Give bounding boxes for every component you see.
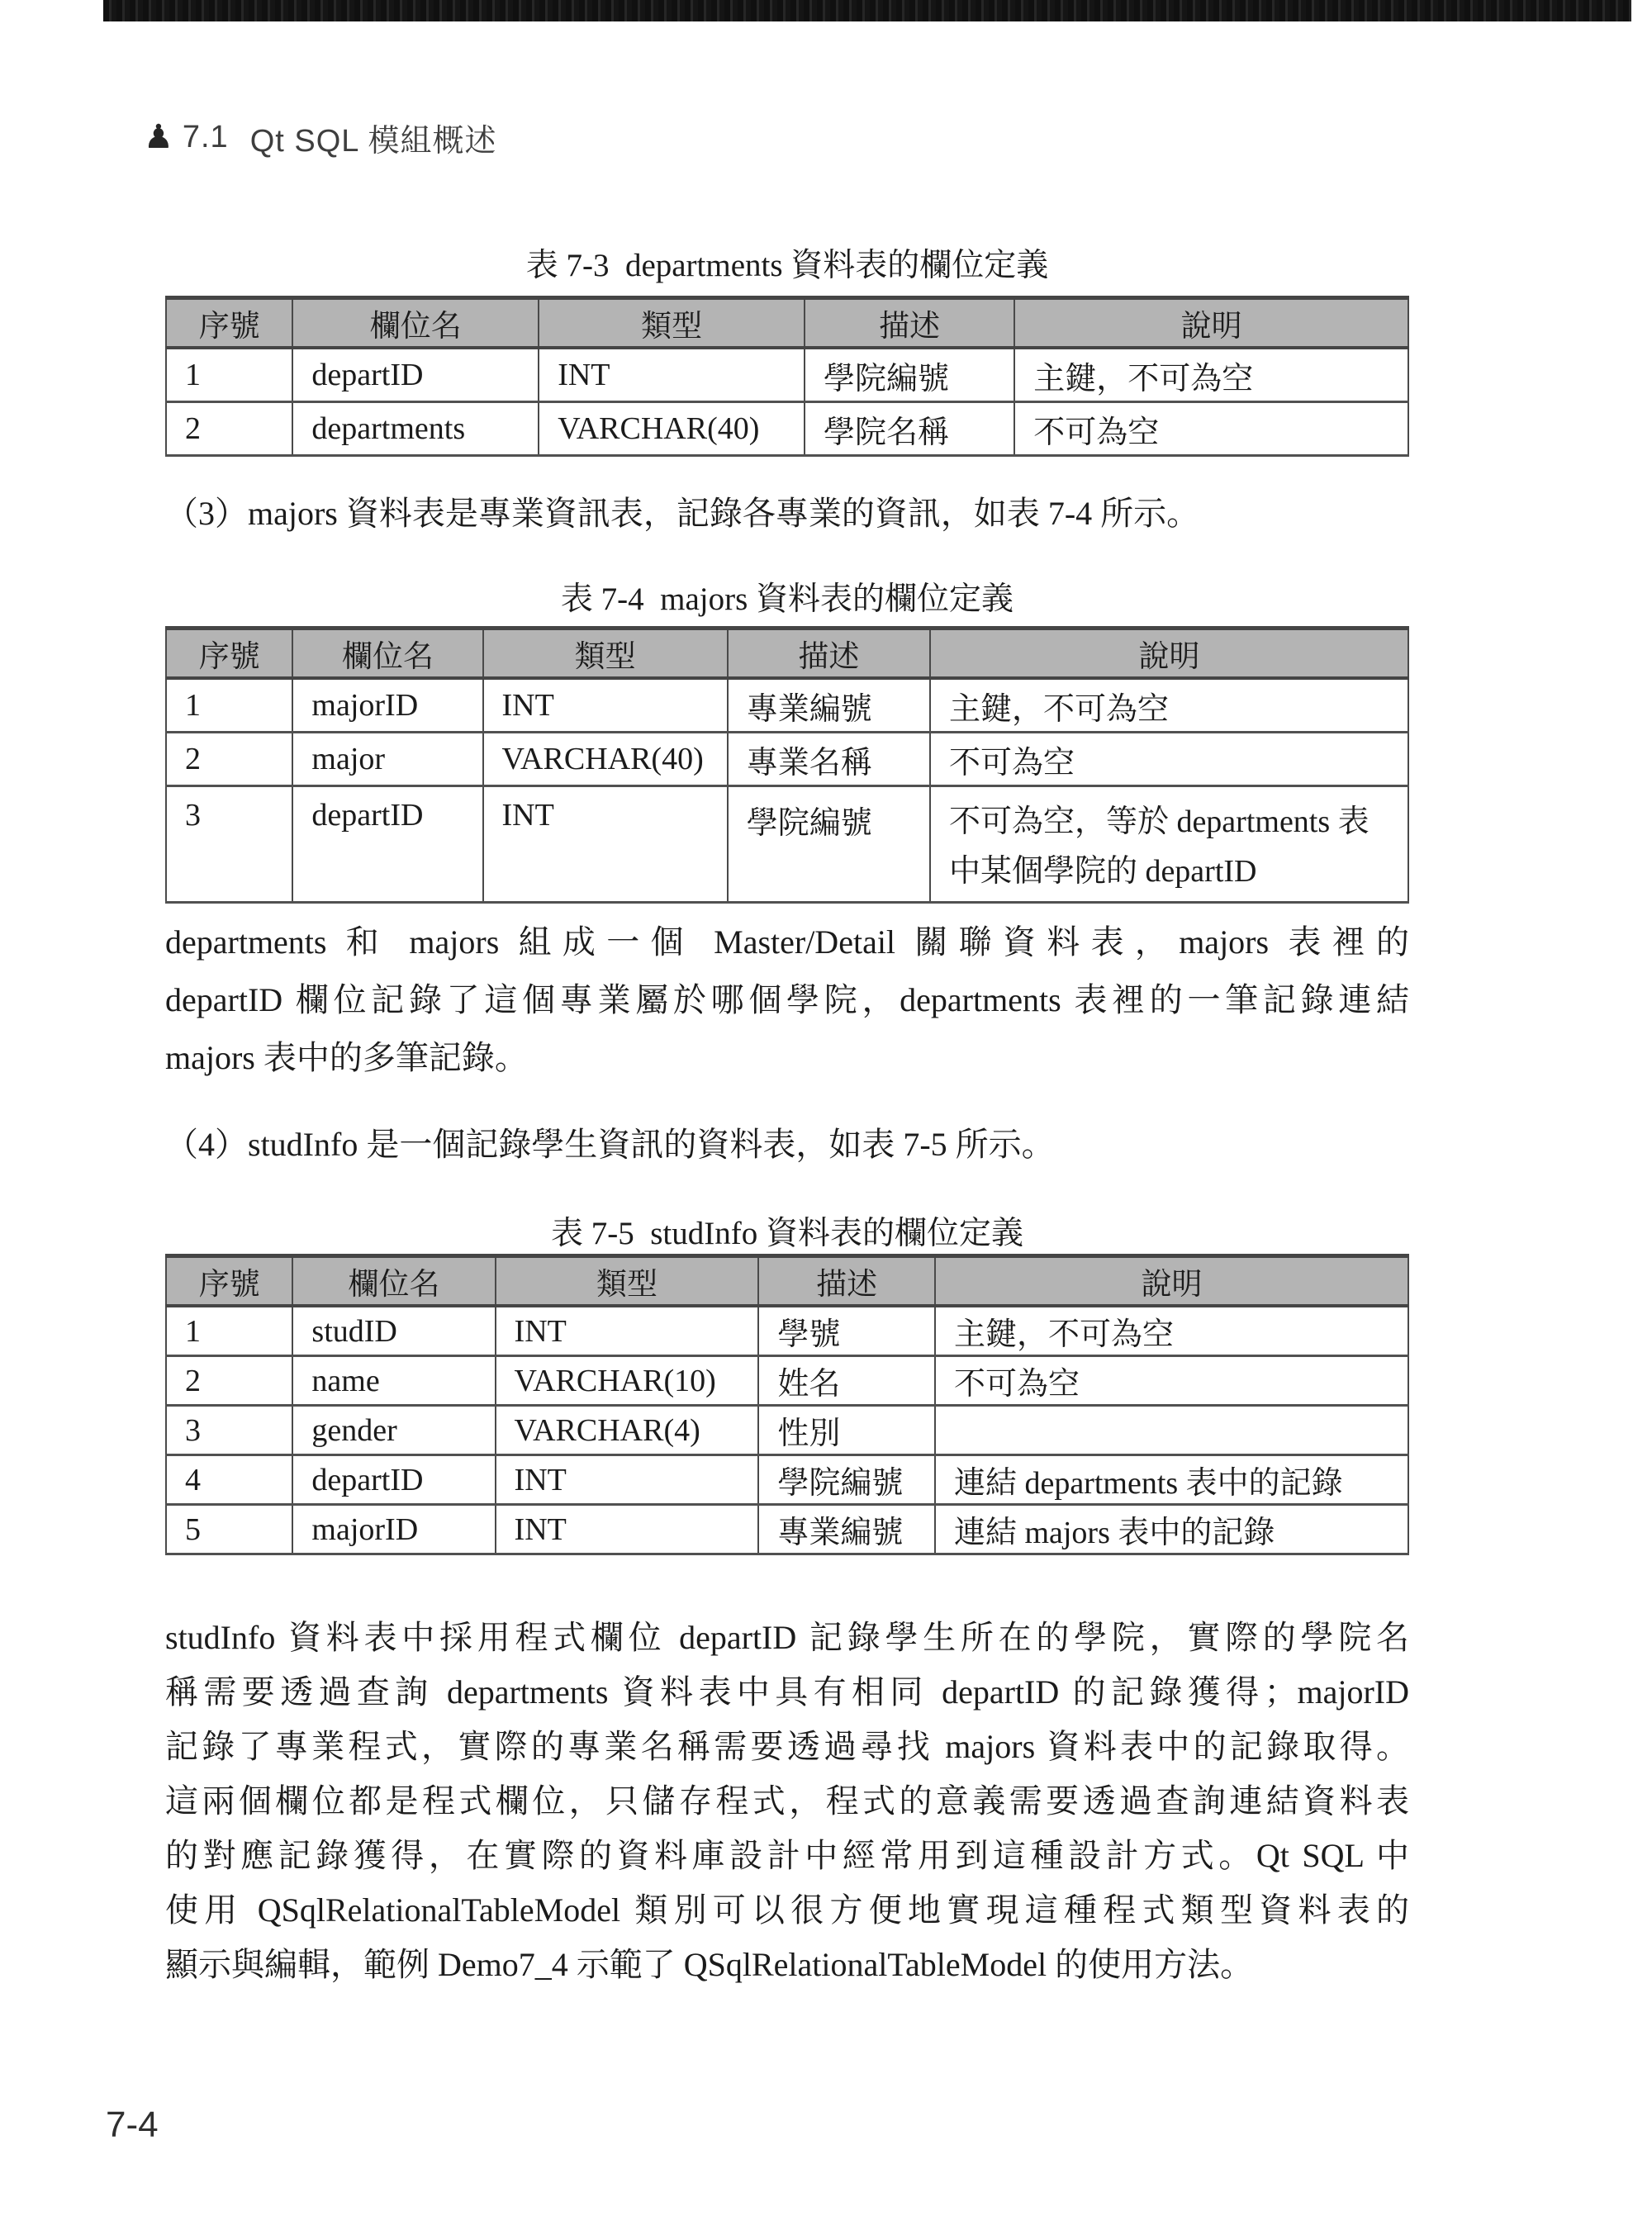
table-cell: 姓名 [758,1356,935,1406]
table-cell: 不可為空 [1014,402,1408,456]
section-title: Qt SQL 模組概述 [250,115,497,160]
table-cell: VARCHAR(40) [483,733,728,786]
table-cell: 學號 [758,1306,935,1356]
table-cell: departID [292,1455,495,1505]
table-cell: 學院編號 [728,786,930,903]
paragraph-line: majors 表中的多筆記錄。 [165,1029,1409,1087]
table-row: 3 departID INT 學院編號 不可為空，等於 departments … [166,786,1408,903]
table-7-3-caption: 表 7-3 departments 資料表的欄位定義 [165,240,1409,286]
table-cell: 主鍵，不可為空 [935,1306,1408,1356]
section-number: 7.1 [183,120,229,155]
table-cell: 學院名稱 [805,402,1014,456]
table-cell: studID [292,1306,495,1356]
book-page: ♟ 7.1 Qt SQL 模組概述 表 7-3 departments 資料表的… [0,0,1652,2235]
column-header: 欄位名 [292,629,482,679]
column-header: 序號 [166,629,292,679]
column-header: 說明 [930,629,1408,679]
table-cell: 1 [166,678,292,733]
column-header: 描述 [758,1256,935,1307]
table-header-row: 序號 欄位名 類型 描述 說明 [166,298,1408,349]
table-cell: INT [539,348,805,402]
table-cell: 專業名稱 [728,733,930,786]
table-cell: VARCHAR(40) [539,402,805,456]
table-7-3: 序號 欄位名 類型 描述 說明 1 departID INT 學院編號 主鍵，不… [165,296,1409,457]
table-cell: 3 [166,1406,292,1455]
table-cell: 連結 departments 表中的記錄 [935,1455,1408,1505]
table-row: 2 name VARCHAR(10) 姓名 不可為空 [166,1356,1408,1406]
table-cell-line: 中某個學院的 departID [949,847,1403,896]
table-cell: 1 [166,1306,292,1356]
table-cell: INT [496,1306,759,1356]
paragraph-line: 這兩個欄位都是程式欄位，只儲存程式，程式的意義需要透過查詢連結資料表 [165,1774,1409,1829]
paragraph-line: studInfo 資料表中採用程式欄位 departID 記錄學生所在的學院，實… [165,1611,1409,1665]
top-scan-bar [103,0,1631,21]
table-cell: 學院編號 [805,348,1014,402]
column-header: 類型 [483,629,728,679]
table-7-5-caption: 表 7-5 studInfo 資料表的欄位定義 [165,1208,1409,1254]
column-header: 序號 [166,298,292,349]
paragraph-line: 使用 QSqlRelationalTableModel 類別可以很方便地實現這種… [165,1883,1409,1938]
paragraph-item-4: （4）studInfo 是一個記錄學生資訊的資料表，如表 7-5 所示。 [165,1125,1409,1165]
table-cell: 2 [166,733,292,786]
table-cell: VARCHAR(4) [496,1406,759,1455]
table-cell-line: 不可為空，等於 departments 表 [949,797,1403,847]
table-cell: 不可為空 [935,1356,1408,1406]
paragraph-studinfo: studInfo 資料表中採用程式欄位 departID 記錄學生所在的學院，實… [165,1611,1409,1992]
table-row: 5 majorID INT 專業編號 連結 majors 表中的記錄 [166,1505,1408,1554]
table-cell: gender [292,1406,495,1455]
paragraph-line: 稱需要透過查詢 departments 資料表中具有相同 departID 的記… [165,1665,1409,1720]
table-cell: 不可為空 [930,733,1408,786]
table-cell: INT [483,786,728,903]
table-cell: 4 [166,1455,292,1505]
column-header: 說明 [935,1256,1408,1307]
page-number: 7-4 [106,2105,159,2146]
table-cell: 2 [166,402,292,456]
table-cell: majorID [292,678,482,733]
paragraph-line: departments 和 majors 組成一個 Master/Detail … [165,913,1409,971]
paragraph-master-detail: departments 和 majors 組成一個 Master/Detail … [165,913,1409,1087]
column-header: 類型 [539,298,805,349]
table-row: 2 major VARCHAR(40) 專業名稱 不可為空 [166,733,1408,786]
table-cell: 學院編號 [758,1455,935,1505]
table-row: 4 departID INT 學院編號 連結 departments 表中的記錄 [166,1455,1408,1505]
table-header-row: 序號 欄位名 類型 描述 說明 [166,629,1408,679]
table-cell: 專業編號 [758,1505,935,1554]
table-cell: 主鍵，不可為空 [1014,348,1408,402]
table-cell: 2 [166,1356,292,1406]
table-7-5: 序號 欄位名 類型 描述 說明 1 studID INT 學號 主鍵，不可為空 … [165,1254,1409,1555]
table-cell: 5 [166,1505,292,1554]
table-cell: INT [496,1505,759,1554]
column-header: 描述 [728,629,930,679]
section-heading: ♟ 7.1 Qt SQL 模組概述 [144,116,497,159]
table-cell [935,1406,1408,1455]
column-header: 類型 [496,1256,759,1307]
table-row: 1 majorID INT 專業編號 主鍵，不可為空 [166,678,1408,733]
table-row: 1 departID INT 學院編號 主鍵，不可為空 [166,348,1408,402]
table-cell: 專業編號 [728,678,930,733]
paragraph-line: 記錄了專業程式，實際的專業名稱需要透過尋找 majors 資料表中的記錄取得。 [165,1720,1409,1774]
paragraph-line: departID 欄位記錄了這個專業屬於哪個學院，departments 表裡的… [165,971,1409,1029]
paragraph-line: 顯示與編輯，範例 Demo7_4 示範了 QSqlRelationalTable… [165,1938,1409,1992]
table-cell: 3 [166,786,292,903]
table-cell: 不可為空，等於 departments 表 中某個學院的 departID [930,786,1408,903]
table-cell: 主鍵，不可為空 [930,678,1408,733]
table-row: 3 gender VARCHAR(4) 性別 [166,1406,1408,1455]
table-7-4: 序號 欄位名 類型 描述 說明 1 majorID INT 專業編號 主鍵，不可… [165,626,1409,904]
table-cell: majorID [292,1505,495,1554]
table-cell: name [292,1356,495,1406]
table-cell: 1 [166,348,292,402]
column-header: 欄位名 [292,298,539,349]
table-cell: INT [496,1455,759,1505]
table-header-row: 序號 欄位名 類型 描述 說明 [166,1256,1408,1307]
column-header: 描述 [805,298,1014,349]
table-7-4-caption: 表 7-4 majors 資料表的欄位定義 [165,573,1409,619]
table-row: 1 studID INT 學號 主鍵，不可為空 [166,1306,1408,1356]
table-cell: 性別 [758,1406,935,1455]
paragraph-line: 的對應記錄獲得，在實際的資料庫設計中經常用到這種設計方式。Qt SQL 中 [165,1829,1409,1883]
column-header: 序號 [166,1256,292,1307]
table-cell: INT [483,678,728,733]
table-cell: 連結 majors 表中的記錄 [935,1505,1408,1554]
paragraph-item-3: （3）majors 資料表是專業資訊表，記錄各專業的資訊，如表 7-4 所示。 [165,494,1409,534]
table-cell: major [292,733,482,786]
table-row: 2 departments VARCHAR(40) 學院名稱 不可為空 [166,402,1408,456]
column-header: 欄位名 [292,1256,495,1307]
table-cell: departments [292,402,539,456]
column-header: 說明 [1014,298,1408,349]
table-cell: VARCHAR(10) [496,1356,759,1406]
chess-pawn-icon: ♟ [144,121,174,154]
table-cell: departID [292,786,482,903]
table-cell: departID [292,348,539,402]
